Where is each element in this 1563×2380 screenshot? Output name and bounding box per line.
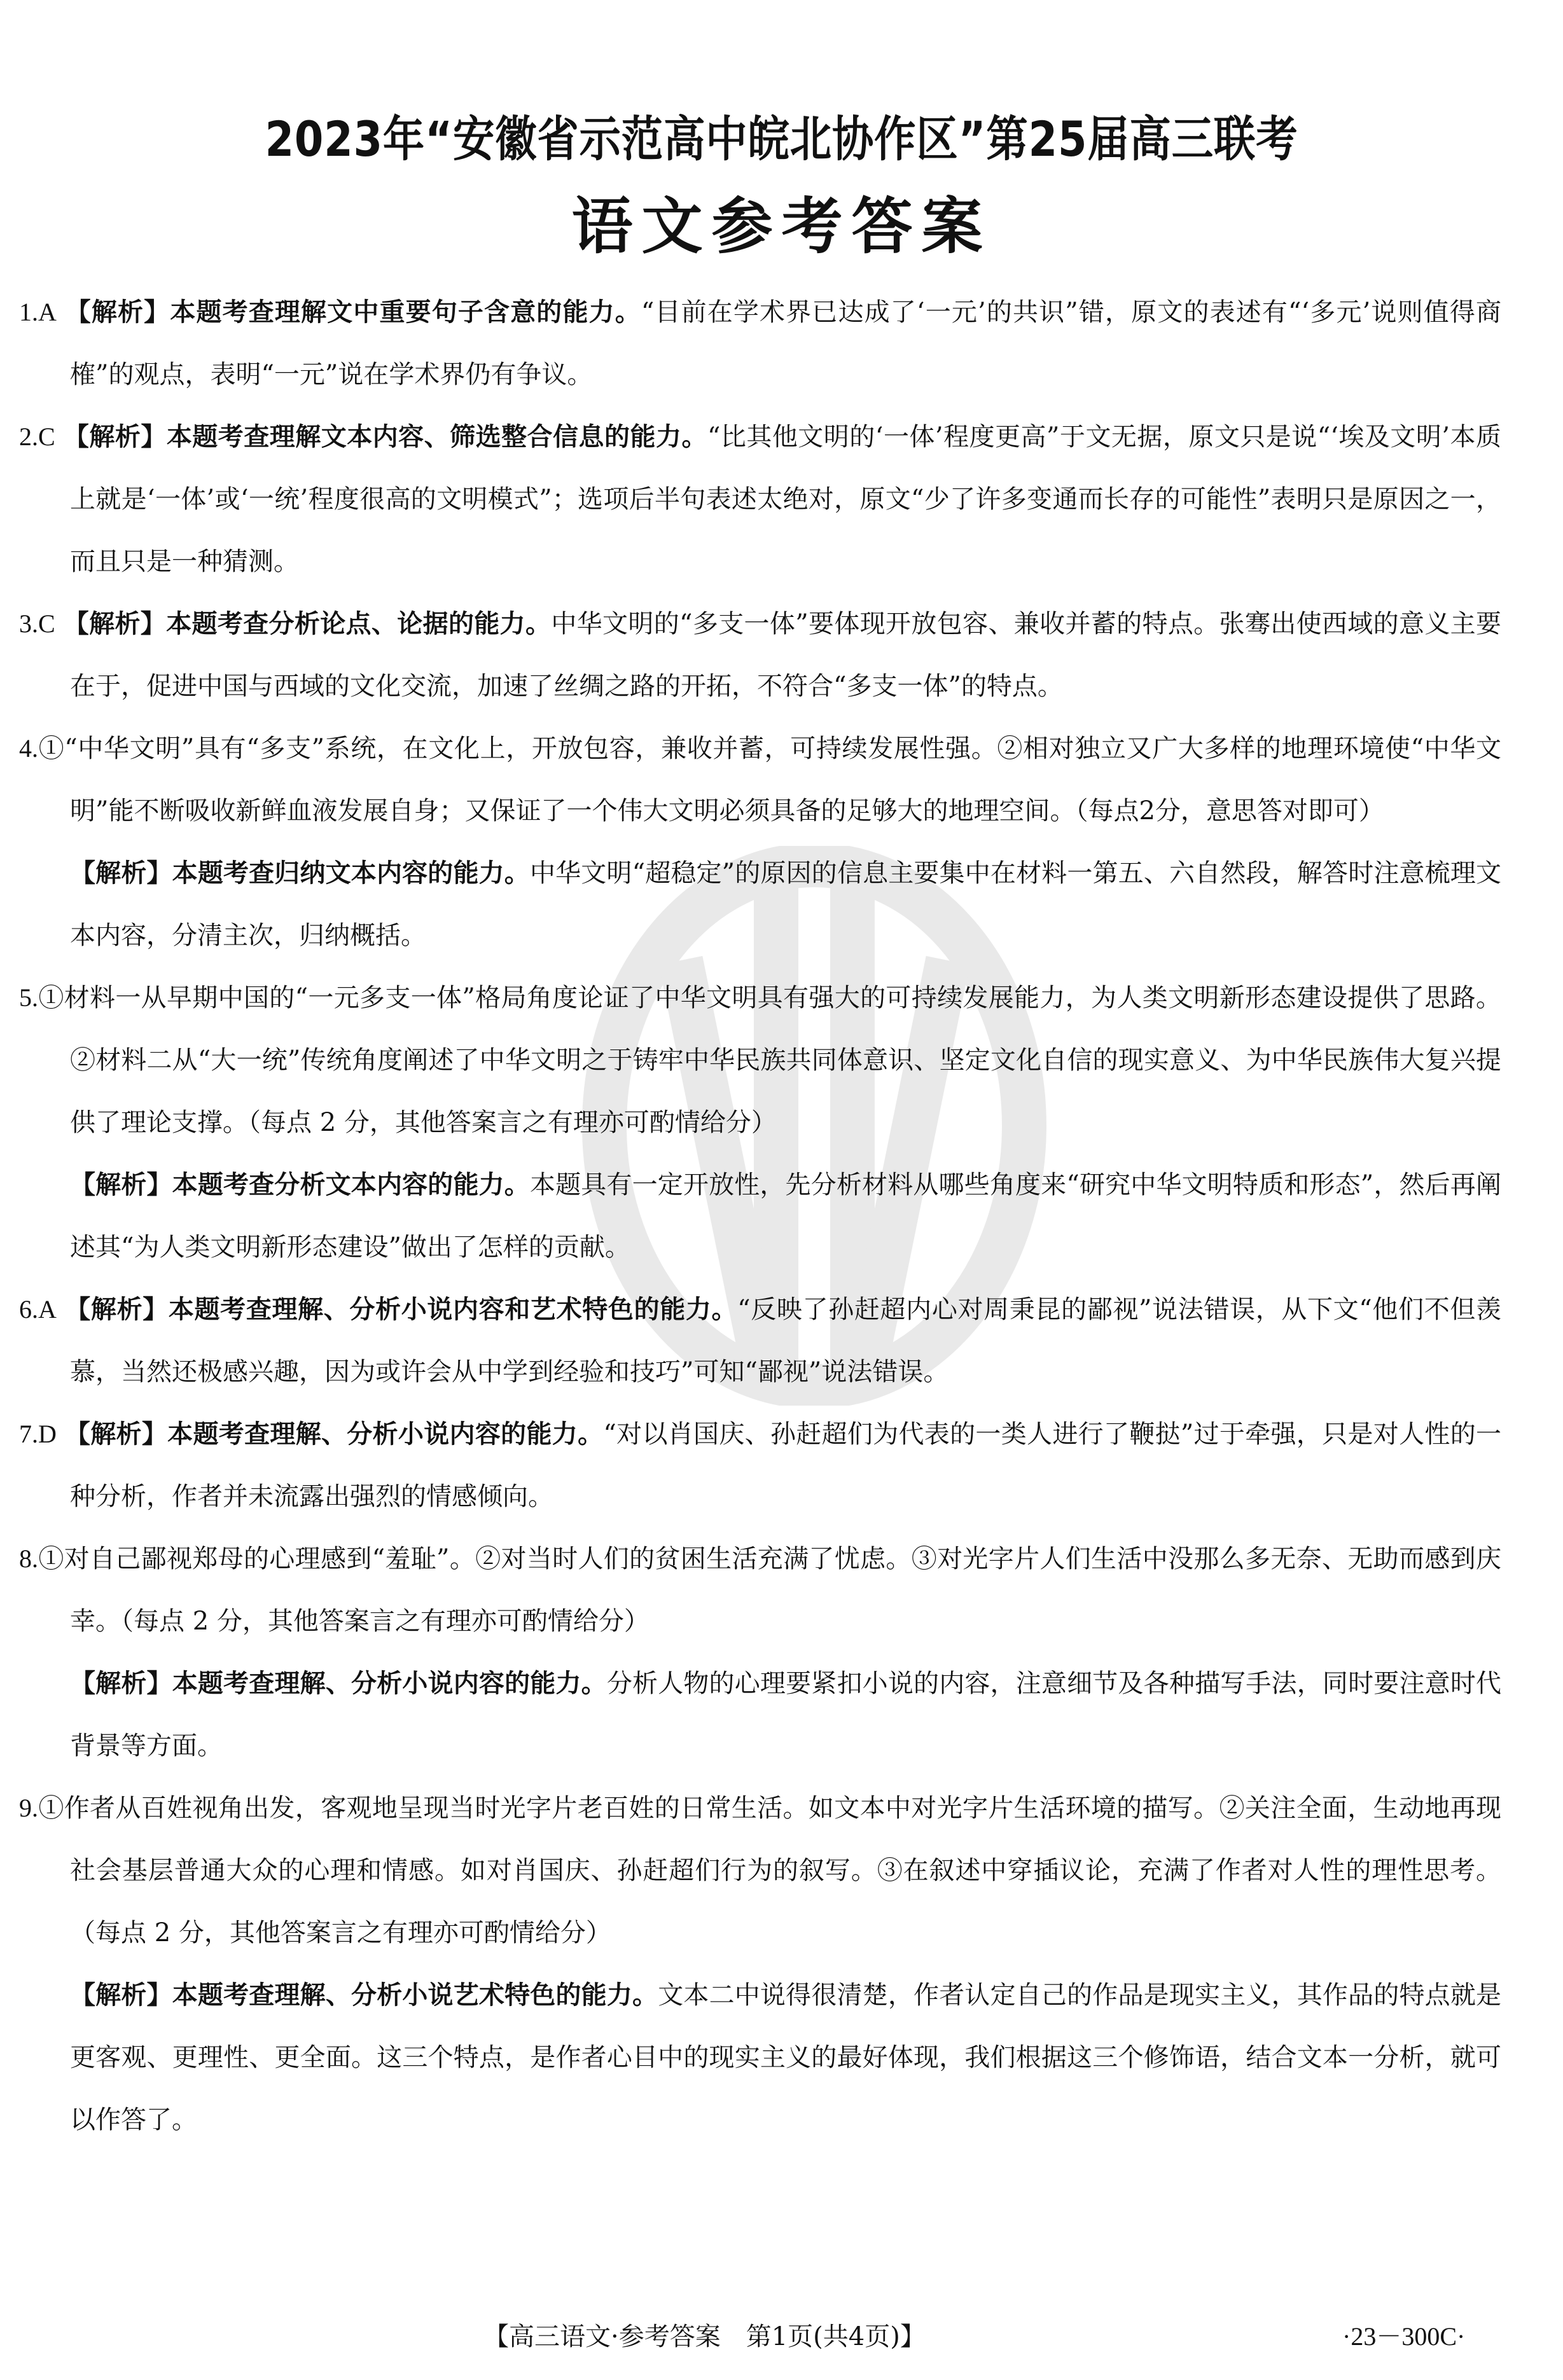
answer-list: 1.A 【解析】本题考查理解文中重要句子含意的能力。“目前在学术界已达成了‘一元…: [19, 281, 1501, 2151]
analysis-tag: 【解析】: [70, 1170, 172, 1200]
question-number: 6.A: [19, 1295, 57, 1324]
question-number: 8.: [19, 1544, 38, 1573]
question-number: 3.C: [19, 609, 55, 638]
question-number: 1.A: [19, 298, 57, 326]
analysis-tag: 【解析】: [70, 1669, 172, 1698]
analysis-focus: 本题考查理解、分析小说内容的能力。: [167, 1420, 603, 1449]
question-number: 4.: [19, 734, 38, 763]
analysis-focus: 本题考查理解、分析小说内容和艺术特色的能力。: [169, 1295, 737, 1324]
analysis-focus: 本题考查分析论点、论据的能力。: [166, 609, 551, 639]
analysis-focus: 本题考查理解、分析小说内容的能力。: [172, 1669, 607, 1698]
analysis-tag: 【解析】: [66, 298, 170, 327]
answer-item-9: 9.①作者从百姓视角出发，客观地呈现当时光字片老百姓的日常生活。如文本中对光字片…: [19, 1777, 1501, 2151]
analysis-focus: 本题考查理解、分析小说艺术特色的能力。: [172, 1981, 658, 2010]
answer-item-4: 4.①“中华文明”具有“多支”系统，在文化上，开放包容，兼收并蓄，可持续发展性强…: [19, 717, 1501, 967]
analysis-tag: 【解析】: [70, 859, 172, 888]
answer-item-5: 5.①材料一从早期中国的“一元多支一体”格局角度论证了中华文明具有强大的可持续发…: [19, 967, 1501, 1278]
question-number: 9.: [19, 1794, 38, 1822]
document-subtitle: 语文参考答案: [0, 178, 1563, 265]
question-number: 2.C: [19, 422, 55, 451]
page-indicator: 【高三语文·参考答案 第1页(共4页)】: [483, 2316, 926, 2353]
answer-text: ①材料一从早期中国的“一元多支一体”格局角度论证了中华文明具有强大的可持续发展能…: [38, 983, 1501, 1137]
answer-item-8: 8.①对自己鄙视郑母的心理感到“羞耻”。②对当时人们的贫困生活充满了忧虑。③对光…: [19, 1528, 1501, 1777]
analysis-tag: 【解析】: [70, 1981, 172, 2010]
answer-item-6: 6.A 【解析】本题考查理解、分析小说内容和艺术特色的能力。“反映了孙赶超内心对…: [19, 1278, 1501, 1403]
answer-item-2: 2.C 【解析】本题考查理解文本内容、筛选整合信息的能力。“比其他文明的‘一体’…: [19, 406, 1501, 593]
answer-text: ①“中华文明”具有“多支”系统，在文化上，开放包容，兼收并蓄，可持续发展性强。②…: [38, 734, 1501, 826]
analysis-focus: 本题考查分析文本内容的能力。: [172, 1170, 530, 1200]
analysis-tag: 【解析】: [65, 1420, 167, 1449]
analysis-focus: 本题考查理解文本内容、筛选整合信息的能力。: [167, 422, 707, 452]
answer-item-3: 3.C 【解析】本题考查分析论点、论据的能力。中华文明的“多支一体”要体现开放包…: [19, 593, 1501, 717]
document-title: 2023年“安徽省示范高中皖北协作区”第25届高三联考: [109, 100, 1454, 170]
question-number: 7.D: [19, 1420, 57, 1448]
analysis-focus: 本题考查理解文中重要句子含意的能力。: [170, 298, 641, 327]
answer-text: ①作者从百姓视角出发，客观地呈现当时光字片老百姓的日常生活。如文本中对光字片生活…: [38, 1794, 1501, 1948]
answer-item-7: 7.D 【解析】本题考查理解、分析小说内容的能力。“对以肖国庆、孙赶超们为代表的…: [19, 1403, 1501, 1528]
answer-text: ①对自己鄙视郑母的心理感到“羞耻”。②对当时人们的贫困生活充满了忧虑。③对光字片…: [38, 1544, 1501, 1636]
question-number: 5.: [19, 983, 38, 1012]
analysis-tag: 【解析】: [64, 422, 167, 452]
analysis-focus: 本题考查归纳文本内容的能力。: [172, 859, 530, 888]
answer-item-1: 1.A 【解析】本题考查理解文中重要句子含意的能力。“目前在学术界已达成了‘一元…: [19, 281, 1501, 406]
document-code: ·23－300C·: [1342, 2316, 1465, 2353]
analysis-tag: 【解析】: [65, 1295, 169, 1324]
analysis-tag: 【解析】: [64, 609, 166, 639]
